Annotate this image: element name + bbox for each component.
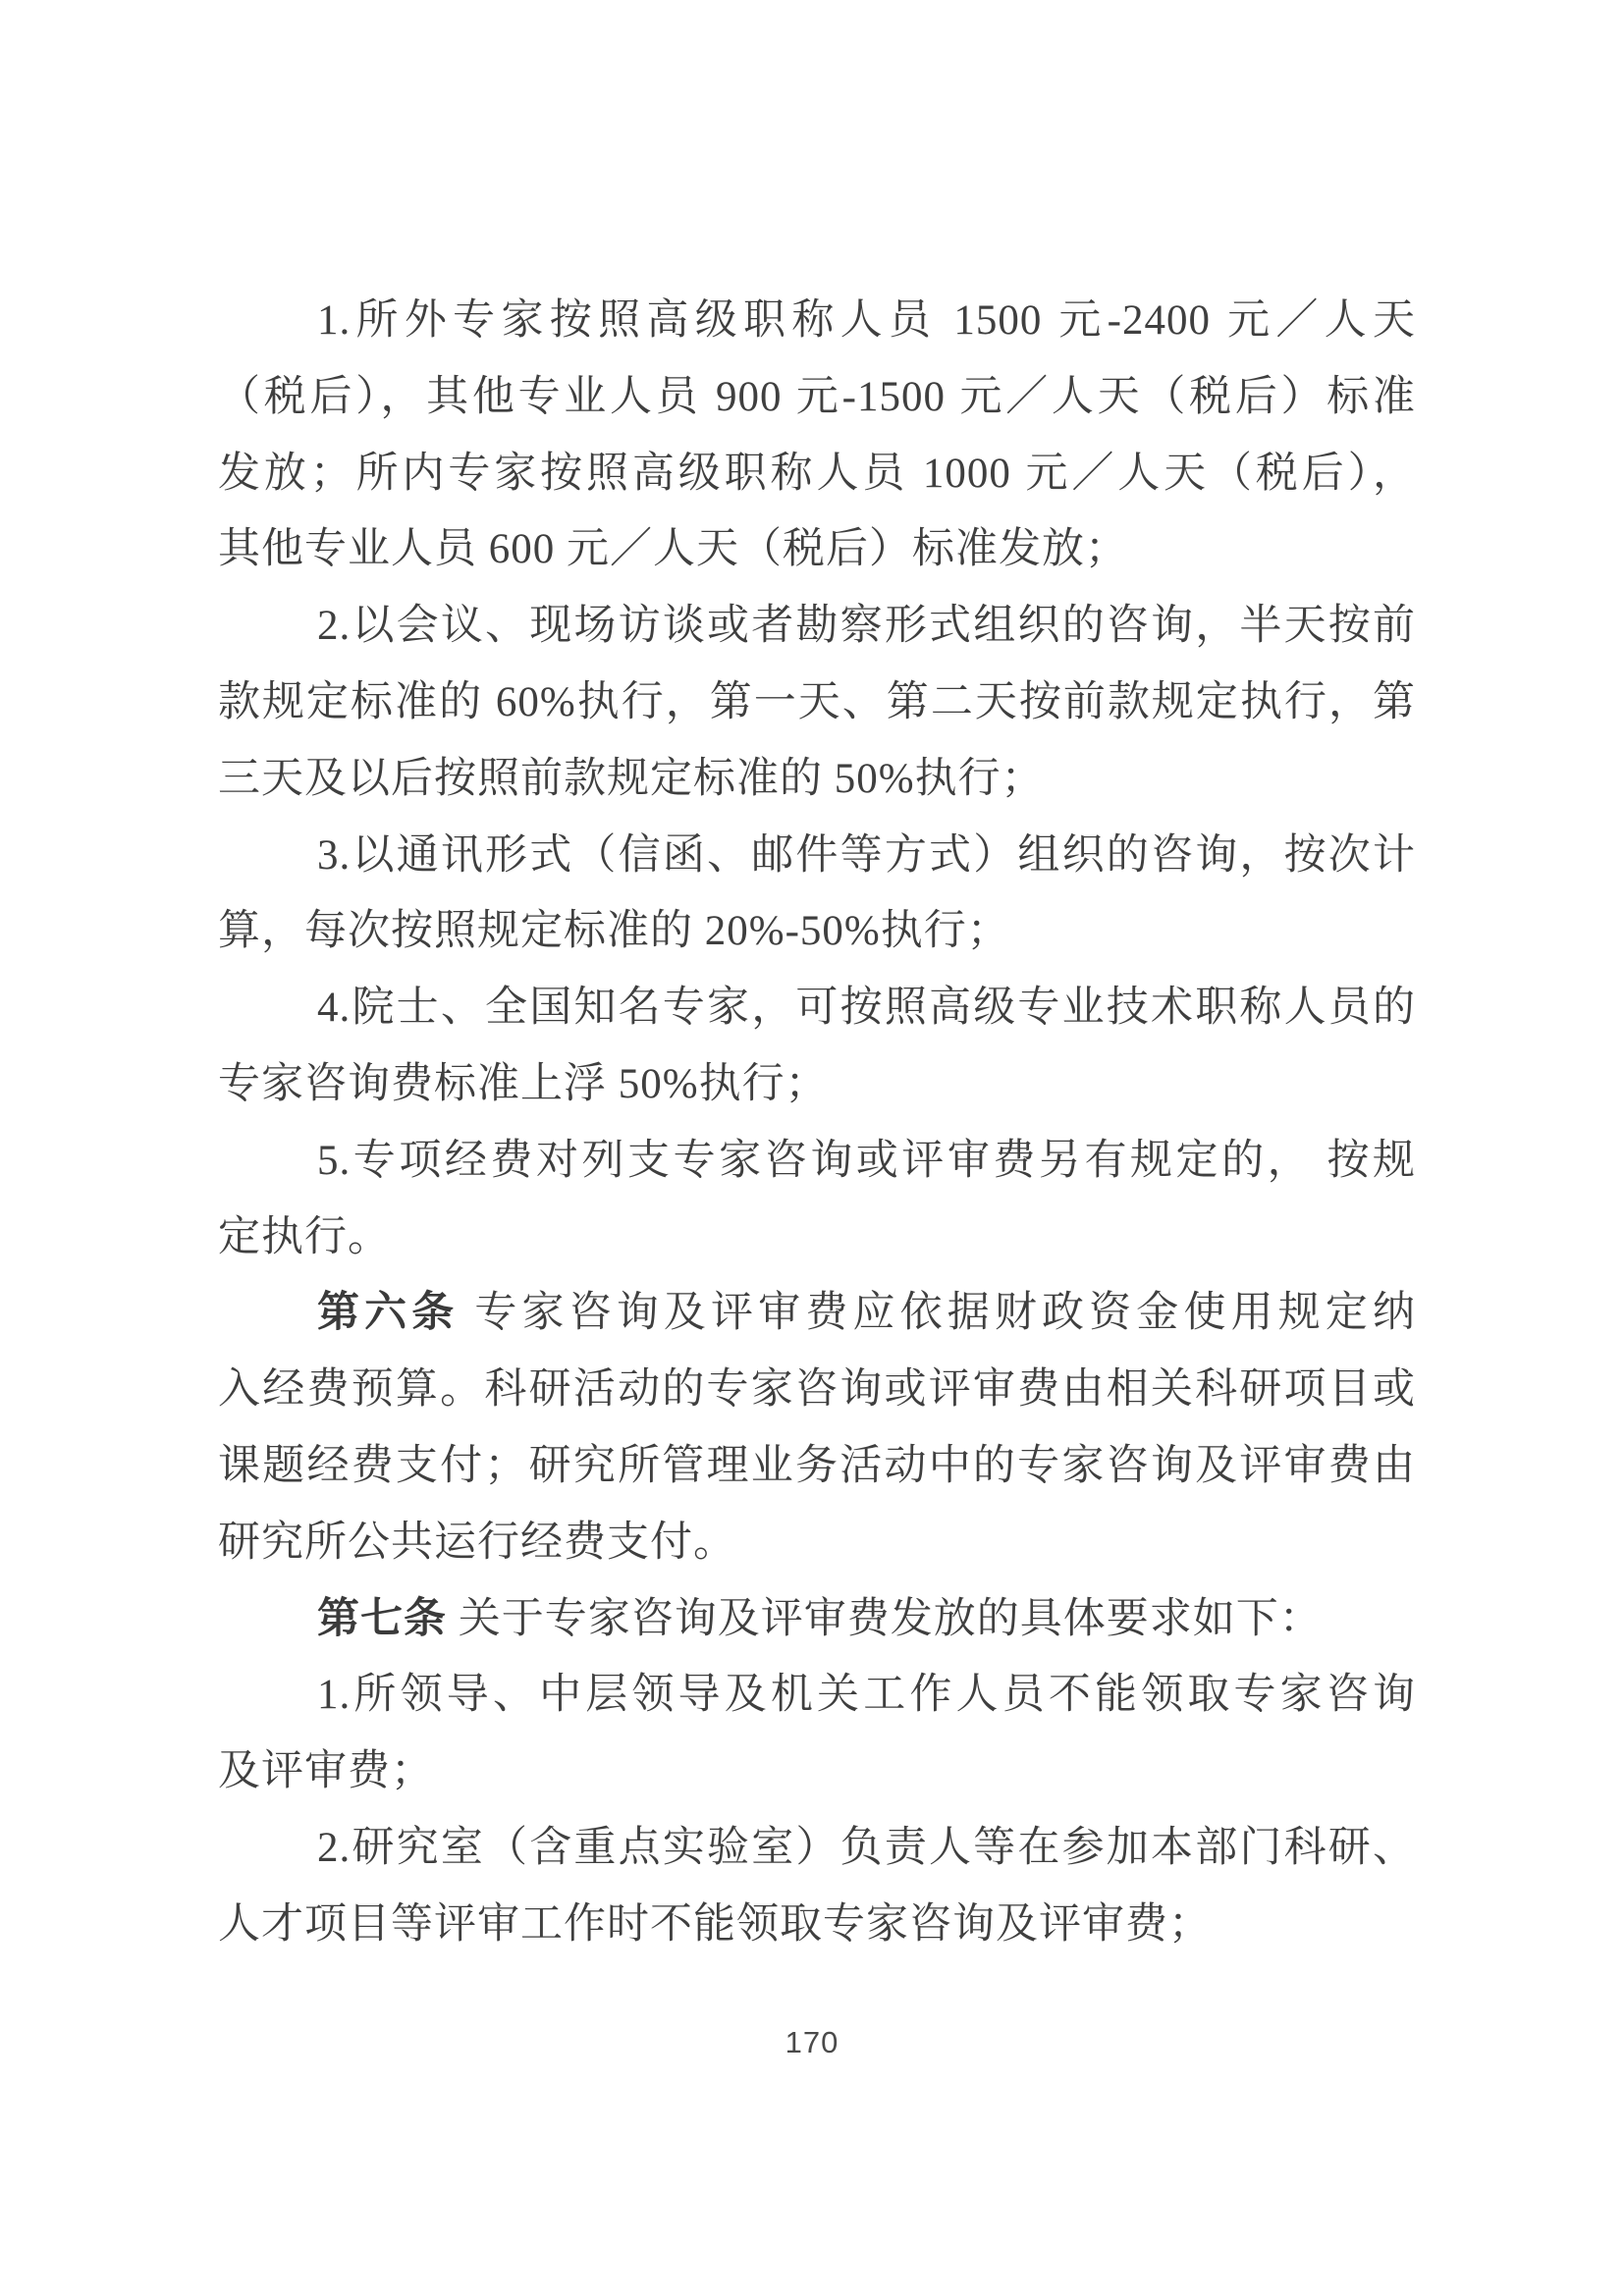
text-line-15: 入经费预算。科研活动的专家咨询或评审费由相关科研项目或 [218,1352,1416,1428]
text-line-19: 1.所领导、中层领导及机关工作人员不能领取专家咨询 [218,1657,1416,1734]
text-line-13: 定执行。 [218,1200,1416,1276]
text-line-3: 发放；所内专家按照高级职称人员 1000 元／人天（税后）， [218,436,1416,512]
text-line-4: 其他专业人员 600 元／人天（税后）标准发放； [218,511,1416,588]
text-line-14: 第六条 专家咨询及评审费应依据财政资金使用规定纳 [218,1275,1416,1352]
document-page: 1.所外专家按照高级职称人员 1500 元-2400 元／人天（税后），其他专业… [0,0,1624,2296]
text-line-12: 5.专项经费对列支专家咨询或评审费另有规定的， 按规 [218,1123,1416,1200]
text-line-2: （税后），其他专业人员 900 元-1500 元／人天（税后）标准 [218,359,1416,436]
text-line-16: 课题经费支付；研究所管理业务活动中的专家咨询及评审费由 [218,1428,1416,1505]
text-line-11: 专家咨询费标准上浮 50%执行； [218,1046,1416,1123]
text-line-1: 1.所外专家按照高级职称人员 1500 元-2400 元／人天 [218,283,1416,359]
text-line-10: 4.院士、全国知名专家，可按照高级专业技术职称人员的 [218,970,1416,1046]
article-heading: 第六条 [317,1290,459,1336]
text-line-7: 三天及以后按照前款规定标准的 50%执行； [218,741,1416,818]
page-number: 170 [0,2024,1624,2061]
text-line-20: 及评审费； [218,1734,1416,1810]
article-heading: 第七条 [317,1596,447,1642]
text-line-17: 研究所公共运行经费支付。 [218,1505,1416,1581]
text-line-6: 款规定标准的 60%执行，第一天、第二天按前款规定执行，第 [218,665,1416,741]
text-line-9: 算，每次按照规定标准的 20%-50%执行； [218,893,1416,970]
text-line-18: 第七条 关于专家咨询及评审费发放的具体要求如下： [218,1581,1416,1658]
text-line-8: 3.以通讯形式（信函、邮件等方式）组织的咨询，按次计 [218,818,1416,894]
document-body: 1.所外专家按照高级职称人员 1500 元-2400 元／人天（税后），其他专业… [218,283,1416,1963]
text-line-21: 2.研究室（含重点实验室）负责人等在参加本部门科研、 [218,1810,1416,1887]
text-line-5: 2.以会议、现场访谈或者勘察形式组织的咨询，半天按前 [218,588,1416,665]
text-line-22: 人才项目等评审工作时不能领取专家咨询及评审费； [218,1887,1416,1963]
